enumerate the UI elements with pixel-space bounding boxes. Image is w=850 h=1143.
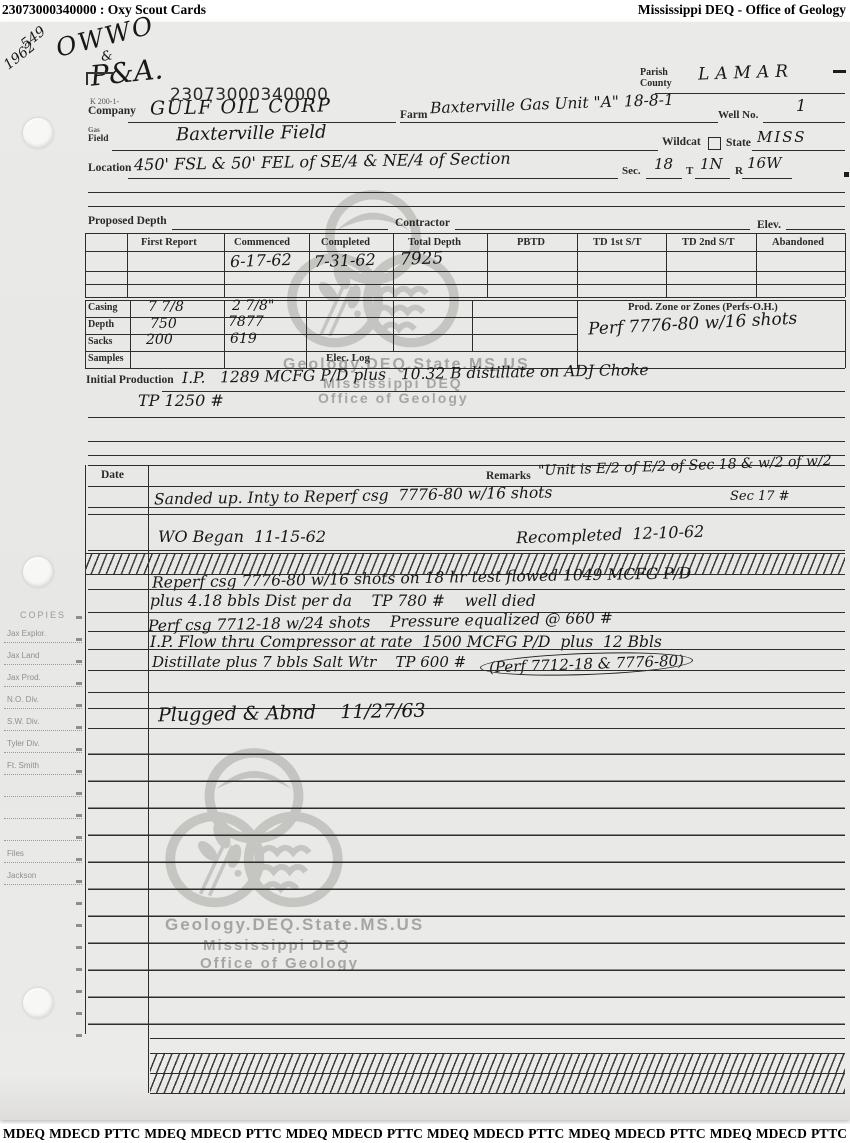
blank-ruled-area xyxy=(88,728,845,1034)
initial-production-line2: TP 1250 # xyxy=(138,391,224,410)
col-commenced: Commenced xyxy=(234,237,290,248)
ruled-line xyxy=(88,417,845,418)
initial-production-label: Initial Production xyxy=(86,374,174,386)
sacks-2: 619 xyxy=(230,331,257,347)
table-border xyxy=(487,233,488,297)
col-td-1st: TD 1st S/T xyxy=(593,237,641,248)
table-border xyxy=(577,300,578,368)
township-value: 1N xyxy=(700,155,723,173)
hole-punch-bottom xyxy=(23,988,53,1018)
completed-value: 7-31-62 xyxy=(314,250,376,271)
table-border xyxy=(756,233,757,297)
footer-token: MDECD xyxy=(190,1126,241,1142)
copies-items: Jax Explor.Jax LandJax Prod.N.O. Div.S.W… xyxy=(4,629,82,885)
col-pbtd: PBTD xyxy=(517,237,545,248)
annotation-corner-mark xyxy=(86,72,114,85)
company-value: GULF OIL CORP xyxy=(150,94,332,119)
copies-item: Jackson xyxy=(4,871,82,885)
col-completed: Completed xyxy=(321,237,370,248)
scan-artifact xyxy=(844,172,849,177)
table-border xyxy=(85,300,845,301)
copies-item: S.W. Div. xyxy=(4,717,82,731)
hatched-footer-band xyxy=(150,1073,845,1094)
remark-row: Distillate plus 7 bbls Salt Wtr TP 600 # xyxy=(152,653,466,675)
table-border xyxy=(393,233,394,297)
footer-token: PTTC xyxy=(246,1126,282,1142)
footer-token: MDECD xyxy=(332,1126,383,1142)
samples-label: Samples xyxy=(88,353,124,364)
remarks-column-label: Remarks xyxy=(486,470,531,482)
footer-token: MDECD xyxy=(756,1126,807,1142)
copies-item: Tyler Div. xyxy=(4,739,82,753)
elev-underline xyxy=(786,229,845,230)
remarks-left-border xyxy=(85,465,86,1034)
casing-depth-2: 7877 xyxy=(228,314,264,330)
ruled-line xyxy=(88,192,845,193)
print-header-right: Mississippi DEQ - Office of Geology xyxy=(638,2,846,18)
table-border xyxy=(309,233,310,297)
circled-perf-note: (Perf 7712-18 & 7776-80) xyxy=(480,649,694,678)
farm-underline xyxy=(400,122,718,123)
footer-banner: MDEQMDECDPTTCMDEQMDECDPTTCMDEQMDECDPTTCM… xyxy=(0,1124,850,1143)
casing-depth-1: 750 xyxy=(150,316,177,332)
well-no-label: Well No. xyxy=(718,109,758,121)
footer-token: MDEQ xyxy=(3,1126,45,1142)
range-label: R xyxy=(735,165,743,177)
ruled-line xyxy=(88,514,845,515)
table-border xyxy=(224,233,225,297)
field-label: Field xyxy=(88,134,109,144)
ruled-line xyxy=(88,589,845,590)
well-no-value: 1 xyxy=(796,96,806,115)
scout-card-page: 23073000340000 : Oxy Scout Cards Mississ… xyxy=(0,0,850,1143)
range-underline xyxy=(742,178,792,179)
hole-punch-middle xyxy=(23,557,53,587)
table-border xyxy=(85,284,845,285)
footer-token: MDEQ xyxy=(286,1126,328,1142)
footer-token: MDECD xyxy=(473,1126,524,1142)
remark-row: plus 4.18 bbls Dist per da TP 780 # well… xyxy=(150,592,536,610)
footer-token: PTTC xyxy=(811,1126,847,1142)
township-underline xyxy=(695,178,730,179)
date-column-label: Date xyxy=(101,469,124,481)
county-underline xyxy=(655,93,845,94)
footer-token: PTTC xyxy=(670,1126,706,1142)
table-border xyxy=(85,233,86,297)
remark-row-distillate: Distillate plus 7 bbls Salt Wtr TP 600 #… xyxy=(152,653,693,675)
table-border xyxy=(577,233,578,297)
table-border xyxy=(472,300,473,351)
location-label: Location xyxy=(88,162,131,174)
footer-token: MDECD xyxy=(614,1126,665,1142)
table-border xyxy=(130,300,131,368)
sec-underline xyxy=(646,178,682,179)
scan-artifact xyxy=(833,70,846,73)
well-no-underline xyxy=(763,122,845,123)
copies-title: COPIES xyxy=(4,610,82,620)
parish-label: Parish xyxy=(640,67,668,78)
footer-token: MDECD xyxy=(49,1126,100,1142)
table-border xyxy=(85,297,845,298)
wildcat-label: Wildcat xyxy=(662,136,701,148)
state-underline xyxy=(752,150,845,151)
sacks-1: 200 xyxy=(146,332,173,348)
ruled-line xyxy=(162,391,845,392)
ruled-line xyxy=(150,1038,845,1039)
wildcat-checkbox xyxy=(708,137,721,150)
county-value: LAMAR xyxy=(698,61,795,84)
ruled-line xyxy=(88,692,845,693)
company-label: Company xyxy=(88,105,136,117)
copies-item: Jax Prod. xyxy=(4,673,82,687)
elec-log-label: Elec. Log xyxy=(326,352,370,364)
table-border xyxy=(85,233,845,234)
copies-item: N.O. Div. xyxy=(4,695,82,709)
copies-item xyxy=(4,827,82,841)
footer-token: MDEQ xyxy=(144,1126,186,1142)
print-header-left: 23073000340000 : Oxy Scout Cards xyxy=(2,2,206,18)
sec-value: 18 xyxy=(654,155,673,173)
footer-token: MDEQ xyxy=(710,1126,752,1142)
footer-token: PTTC xyxy=(104,1126,140,1142)
contractor-underline xyxy=(455,229,750,230)
watermark-office-upper: Office of Geology xyxy=(318,390,469,406)
col-total-depth: Total Depth xyxy=(408,237,461,248)
ruled-line xyxy=(88,631,845,632)
hatched-footer-band xyxy=(150,1053,845,1074)
hole-punch-top xyxy=(23,118,53,148)
county-label: County xyxy=(640,78,672,89)
footer-token: PTTC xyxy=(528,1126,564,1142)
elev-label: Elev. xyxy=(757,219,781,231)
copies-item xyxy=(4,805,82,819)
copies-distribution-list: COPIES Jax Explor.Jax LandJax Prod.N.O. … xyxy=(4,610,82,893)
township-label: T xyxy=(686,165,693,177)
commenced-value: 6-17-62 xyxy=(230,250,292,271)
ruled-line xyxy=(88,649,845,650)
table-border xyxy=(845,233,846,297)
table-border xyxy=(85,251,845,252)
table-border xyxy=(127,233,128,297)
field-value: Baxterville Field xyxy=(176,122,327,146)
depth-label: Depth xyxy=(88,319,114,330)
casing-label: Casing xyxy=(88,302,117,313)
table-border xyxy=(224,300,225,368)
col-abandoned: Abandoned xyxy=(772,237,824,248)
casing-size-1: 7 7/8 xyxy=(148,299,184,315)
sacks-label: Sacks xyxy=(88,336,112,347)
table-border xyxy=(85,271,845,272)
location-underline xyxy=(128,178,618,179)
state-value: MISS xyxy=(757,128,807,146)
plugged-abandoned-note: Plugged & Abnd 11/27/63 xyxy=(158,700,426,727)
proposed-depth-underline xyxy=(172,229,388,230)
casing-size-2: 2 7/8" xyxy=(232,298,274,314)
table-border xyxy=(306,300,307,368)
footer-token: PTTC xyxy=(387,1126,423,1142)
ruled-line xyxy=(88,441,845,442)
ruled-line xyxy=(88,550,845,551)
copies-item xyxy=(4,783,82,797)
ruled-line xyxy=(88,206,845,207)
col-td-2nd: TD 2nd S/T xyxy=(682,237,735,248)
copies-item: Ft. Smith xyxy=(4,761,82,775)
ruled-line xyxy=(88,670,845,671)
margin-tick-marks xyxy=(76,616,82,1040)
sec-label: Sec. xyxy=(622,165,641,177)
col-first-report: First Report xyxy=(141,237,197,248)
proposed-depth-label: Proposed Depth xyxy=(88,215,167,227)
range-value: 16W xyxy=(747,154,782,172)
table-border xyxy=(666,233,667,297)
table-border xyxy=(85,351,845,352)
table-border xyxy=(845,300,846,368)
copies-item: Files xyxy=(4,849,82,863)
state-label: State xyxy=(726,137,751,149)
total-depth-value: 7925 xyxy=(400,248,444,269)
copies-item: Jax Land xyxy=(4,651,82,665)
farm-label: Farm xyxy=(400,109,427,121)
footer-token: MDEQ xyxy=(568,1126,610,1142)
copies-item: Jax Explor. xyxy=(4,629,82,643)
table-border xyxy=(85,300,86,368)
footer-token: MDEQ xyxy=(427,1126,469,1142)
remark-row: WO Began 11-15-62 xyxy=(158,527,326,546)
unit-note-2: Sec 17 # xyxy=(730,489,790,504)
gas-label: Gas xyxy=(88,126,100,134)
ruled-line xyxy=(88,507,845,508)
contractor-label: Contractor xyxy=(395,217,450,229)
table-border xyxy=(393,300,394,351)
